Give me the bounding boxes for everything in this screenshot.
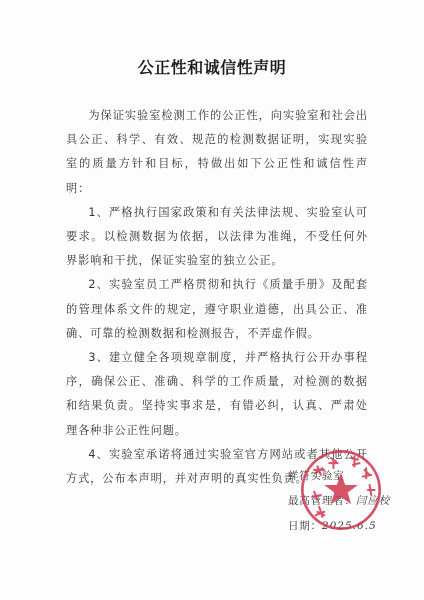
clause-3-paragraph: 3、建立健全各项规章制度，并严格执行公开办事程序，确保公正、准确、科学的工作质量… xyxy=(66,346,368,443)
clause-1-paragraph: 1、严格执行国家政策和有关法律法规、实验室认可要求。以检测数据为依据，以法律为准… xyxy=(66,201,368,274)
organization-name: 祥符实验室 xyxy=(288,464,390,489)
date-line: 日期：2025.6.5 xyxy=(288,514,390,539)
manager-label: 最高管理者： xyxy=(288,495,356,507)
date-label: 日期： xyxy=(288,520,322,532)
document-page: 公正性和诚信性声明 为保证实验室检测工作的公正性，向实验室和社会出具公正、科学、… xyxy=(0,0,424,600)
clause-2-paragraph: 2、实验室员工严格贯彻和执行《质量手册》及配套的管理体系文件的规定，遵守职业道德… xyxy=(66,273,368,346)
date-value: 2025.6.5 xyxy=(322,520,377,532)
manager-line: 最高管理者：闫应校 xyxy=(288,489,390,514)
signature-block: 祥符实验室 最高管理者：闫应校 日期：2025.6.5 xyxy=(288,464,390,539)
declaration-body: 为保证实验室检测工作的公正性，向实验室和社会出具公正、科学、有效、规范的检测数据… xyxy=(66,104,368,491)
manager-signature: 闫应校 xyxy=(356,495,391,507)
document-title: 公正性和诚信性声明 xyxy=(0,55,424,78)
intro-paragraph: 为保证实验室检测工作的公正性，向实验室和社会出具公正、科学、有效、规范的检测数据… xyxy=(66,104,368,201)
